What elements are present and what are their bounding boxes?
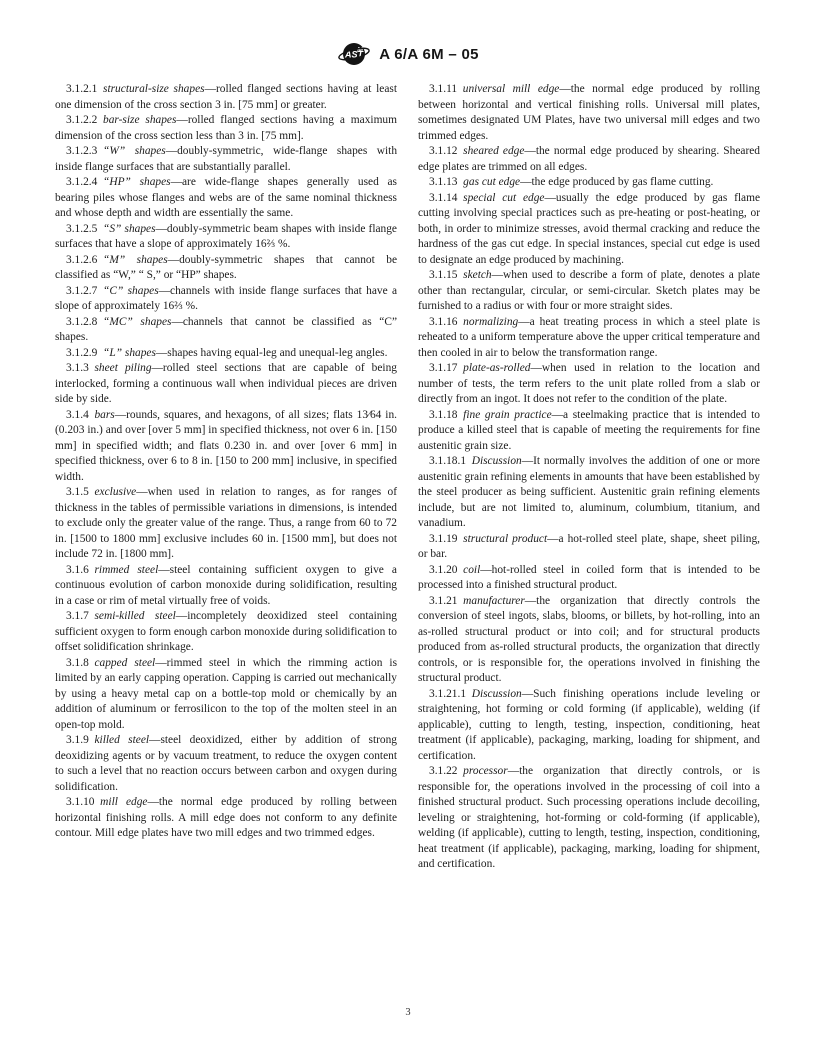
- document-title: A 6/A 6M – 05: [379, 46, 479, 63]
- defined-term: semi-killed steel: [94, 610, 175, 622]
- definition-text: —the organization that directly controls…: [418, 595, 760, 685]
- defined-term: gas cut edge: [463, 176, 520, 188]
- definition-3.1.3: 3.1.3 sheet piling—rolled steel sections…: [55, 361, 397, 408]
- defined-term: bar-size shapes: [103, 114, 176, 126]
- section-number: 3.1.22: [429, 765, 463, 777]
- definition-3.1.2.6: 3.1.2.6 “M” shapes—doubly-symmetric shap…: [55, 253, 397, 284]
- definition-3.1.21.1: 3.1.21.1 Discussion—Such finishing opera…: [418, 687, 760, 765]
- section-number: 3.1.7: [66, 610, 94, 622]
- section-number: 3.1.21: [429, 595, 463, 607]
- section-number: 3.1.6: [66, 564, 94, 576]
- defined-term: coil: [463, 564, 480, 576]
- definition-3.1.2.9: 3.1.2.9 “L” shapes—shapes having equal-l…: [55, 346, 397, 362]
- defined-term: Discussion: [472, 455, 522, 467]
- section-number: 3.1.2.3: [66, 145, 103, 157]
- definition-3.1.20: 3.1.20 coil—hot-rolled steel in coiled f…: [418, 563, 760, 594]
- defined-term: “HP” shapes: [103, 176, 171, 188]
- section-number: 3.1.21.1: [429, 688, 472, 700]
- section-number: 3.1.11: [429, 83, 463, 95]
- section-number: 3.1.14: [429, 192, 463, 204]
- defined-term: structural-size shapes: [103, 83, 205, 95]
- defined-term: “M” shapes: [103, 254, 168, 266]
- definition-3.1.11: 3.1.11 universal mill edge—the normal ed…: [418, 82, 760, 144]
- defined-term: Discussion: [472, 688, 522, 700]
- defined-term: bars: [94, 409, 114, 421]
- section-number: 3.1.12: [429, 145, 463, 157]
- defined-term: exclusive: [94, 486, 136, 498]
- defined-term: universal mill edge: [463, 83, 560, 95]
- definition-3.1.19: 3.1.19 structural product—a hot-rolled s…: [418, 532, 760, 563]
- defined-term: plate-as-rolled: [463, 362, 530, 374]
- definition-3.1.17: 3.1.17 plate-as-rolled—when used in rela…: [418, 361, 760, 408]
- definition-3.1.5: 3.1.5 exclusive—when used in relation to…: [55, 485, 397, 563]
- section-number: 3.1.4: [66, 409, 94, 421]
- section-number: 3.1.2.4: [66, 176, 103, 188]
- section-number: 3.1.18: [429, 409, 463, 421]
- definition-3.1.21: 3.1.21 manufacturer—the organization tha…: [418, 594, 760, 687]
- section-number: 3.1.18.1: [429, 455, 472, 467]
- definition-3.1.2.3: 3.1.2.3 “W” shapes—doubly-symmetric, wid…: [55, 144, 397, 175]
- definition-3.1.2.1: 3.1.2.1 structural-size shapes—rolled fl…: [55, 82, 397, 113]
- defined-term: sketch: [463, 269, 491, 281]
- defined-term: sheared edge: [463, 145, 524, 157]
- section-number: 3.1.2.7: [66, 285, 103, 297]
- defined-term: “W” shapes: [103, 145, 166, 157]
- defined-term: mill edge: [100, 796, 147, 808]
- defined-term: rimmed steel: [94, 564, 158, 576]
- defined-term: special cut edge: [463, 192, 544, 204]
- section-number: 3.1.2.1: [66, 83, 103, 95]
- definition-3.1.2.2: 3.1.2.2 bar-size shapes—rolled flanged s…: [55, 113, 397, 144]
- astm-logo-icon: AST M: [337, 40, 371, 68]
- defined-term: “S” shapes: [103, 223, 156, 235]
- document-header: AST M A 6/A 6M – 05: [0, 40, 816, 68]
- definition-text: —the edge produced by gas flame cutting.: [520, 176, 713, 188]
- definition-3.1.10: 3.1.10 mill edge—the normal edge produce…: [55, 795, 397, 842]
- section-number: 3.1.5: [66, 486, 94, 498]
- defined-term: normalizing: [463, 316, 518, 328]
- definition-3.1.13: 3.1.13 gas cut edge—the edge produced by…: [418, 175, 760, 191]
- definition-3.1.2.5: 3.1.2.5 “S” shapes—doubly-symmetric beam…: [55, 222, 397, 253]
- definition-3.1.2.7: 3.1.2.7 “C” shapes—channels with inside …: [55, 284, 397, 315]
- defined-term: structural product: [463, 533, 547, 545]
- defined-term: capped steel: [94, 657, 155, 669]
- definition-3.1.7: 3.1.7 semi-killed steel—incompletely deo…: [55, 609, 397, 656]
- definition-3.1.18: 3.1.18 fine grain practice—a steelmaking…: [418, 408, 760, 455]
- definition-3.1.2.4: 3.1.2.4 “HP” shapes—are wide-flange shap…: [55, 175, 397, 222]
- definition-3.1.4: 3.1.4 bars—rounds, squares, and hexagons…: [55, 408, 397, 486]
- definition-3.1.6: 3.1.6 rimmed steel—steel containing suff…: [55, 563, 397, 610]
- section-number: 3.1.2.5: [66, 223, 103, 235]
- section-number: 3.1.3: [66, 362, 94, 374]
- definition-3.1.8: 3.1.8 capped steel—rimmed steel in which…: [55, 656, 397, 734]
- section-number: 3.1.16: [429, 316, 463, 328]
- section-number: 3.1.13: [429, 176, 463, 188]
- definition-3.1.9: 3.1.9 killed steel—steel deoxidized, eit…: [55, 733, 397, 795]
- section-number: 3.1.10: [66, 796, 100, 808]
- section-number: 3.1.2.2: [66, 114, 103, 126]
- definition-3.1.2.8: 3.1.2.8 “MC” shapes—channels that cannot…: [55, 315, 397, 346]
- section-number: 3.1.20: [429, 564, 463, 576]
- section-number: 3.1.9: [66, 734, 94, 746]
- defined-term: processor: [463, 765, 508, 777]
- document-page: AST M A 6/A 6M – 05 3.1.2.1 structural-s…: [0, 0, 816, 1056]
- definition-3.1.14: 3.1.14 special cut edge—usually the edge…: [418, 191, 760, 269]
- section-number: 3.1.19: [429, 533, 463, 545]
- defined-term: “C” shapes: [103, 285, 159, 297]
- section-number: 3.1.15: [429, 269, 463, 281]
- section-number: 3.1.17: [429, 362, 463, 374]
- defined-term: “MC” shapes: [103, 316, 171, 328]
- definition-3.1.15: 3.1.15 sketch—when used to describe a fo…: [418, 268, 760, 315]
- section-number: 3.1.2.8: [66, 316, 103, 328]
- defined-term: fine grain practice: [463, 409, 551, 421]
- definition-3.1.12: 3.1.12 sheared edge—the normal edge prod…: [418, 144, 760, 175]
- definition-text: —the organization that directly controls…: [418, 765, 760, 870]
- defined-term: sheet piling: [94, 362, 151, 374]
- definition-3.1.18.1: 3.1.18.1 Discussion—It normally involves…: [418, 454, 760, 532]
- section-number: 3.1.2.9: [66, 347, 103, 359]
- definition-text: —shapes having equal-leg and unequal-leg…: [156, 347, 388, 359]
- page-number: 3: [0, 1007, 816, 1018]
- defined-term: manufacturer: [463, 595, 525, 607]
- defined-term: killed steel: [94, 734, 149, 746]
- right-column: 3.1.11 universal mill edge—the normal ed…: [418, 82, 760, 873]
- left-column: 3.1.2.1 structural-size shapes—rolled fl…: [55, 82, 397, 873]
- defined-term: “L” shapes: [103, 347, 156, 359]
- section-number: 3.1.2.6: [66, 254, 103, 266]
- document-body: 3.1.2.1 structural-size shapes—rolled fl…: [55, 82, 761, 873]
- definition-3.1.22: 3.1.22 processor—the organization that d…: [418, 764, 760, 873]
- definition-3.1.16: 3.1.16 normalizing—a heat treating proce…: [418, 315, 760, 362]
- section-number: 3.1.8: [66, 657, 94, 669]
